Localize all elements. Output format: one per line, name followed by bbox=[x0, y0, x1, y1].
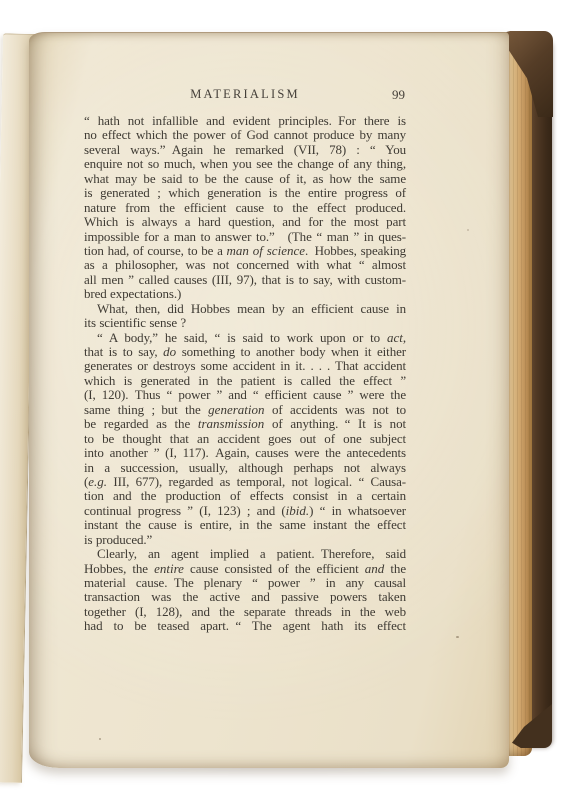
text-segment: enquire not so much, when you see the ch… bbox=[84, 156, 406, 171]
text-segment: no effect which the power of God cannot … bbox=[84, 127, 406, 142]
text-line: as a philosopher, was not concerned with… bbox=[84, 258, 406, 272]
text-segment: Hobbes, the bbox=[84, 561, 154, 576]
italic-text: do bbox=[163, 344, 176, 359]
text-line: what may be said to be the cause of it, … bbox=[84, 172, 406, 186]
page-text-block: MATERIALISM 99 “ hath not infallible and… bbox=[84, 87, 406, 634]
text-segment: , bbox=[403, 330, 406, 345]
text-line: had to be teased apart. “ The agent hath… bbox=[84, 619, 406, 633]
text-line: tion and the production of effects consi… bbox=[84, 489, 406, 503]
text-line: together (I, 128), and the separate thre… bbox=[84, 605, 406, 619]
text-line: What, then, did Hobbes mean by an effici… bbox=[84, 302, 406, 316]
text-segment: bred expectations.) bbox=[84, 286, 181, 301]
text-segment: What, then, did Hobbes mean by an effici… bbox=[97, 301, 406, 316]
text-segment: had to be teased apart. “ The agent hath… bbox=[84, 618, 406, 633]
text-segment: something to another body when it either bbox=[176, 344, 406, 359]
text-segment: continual progress ” (I, 123) ; and ( bbox=[84, 503, 286, 518]
italic-text: transmission bbox=[198, 416, 264, 431]
text-segment: what may be said to be the cause of it, … bbox=[84, 171, 406, 186]
page-text: “ hath not infallible and evident princi… bbox=[84, 114, 406, 634]
text-segment: is generated ; which generation is the e… bbox=[84, 185, 406, 200]
text-segment: “ A body,” he said, “ is said to work up… bbox=[97, 330, 387, 345]
italic-text: entire bbox=[154, 561, 184, 576]
text-segment: into another ” (I, 117). Again, causes w… bbox=[84, 445, 406, 460]
text-segment: several ways.” Again he remarked (VII, 7… bbox=[84, 142, 406, 157]
text-line: transaction was the active and passive p… bbox=[84, 590, 406, 604]
text-segment: tion and the production of effects consi… bbox=[84, 488, 406, 503]
page-number: 99 bbox=[392, 87, 405, 103]
paper-speck bbox=[467, 229, 469, 231]
text-line: same thing ; but the generation of accid… bbox=[84, 403, 406, 417]
text-segment: instant the cause is entire, in the same… bbox=[84, 517, 406, 532]
text-line: (I, 120). Thus “ power ” and “ efficient… bbox=[84, 388, 406, 402]
text-segment: its scientific sense ? bbox=[84, 315, 186, 330]
text-segment: cause consisted of the efficient bbox=[184, 561, 365, 576]
text-line: is generated ; which generation is the e… bbox=[84, 186, 406, 200]
italic-text: e.g. bbox=[88, 474, 107, 489]
text-line: bred expectations.) bbox=[84, 287, 406, 301]
text-segment: together (I, 128), and the separate thre… bbox=[84, 604, 406, 619]
text-line: Which is always a hard question, and for… bbox=[84, 215, 406, 229]
italic-text: act bbox=[387, 330, 403, 345]
text-line: no effect which the power of God cannot … bbox=[84, 128, 406, 142]
text-line: continual progress ” (I, 123) ; and (ibi… bbox=[84, 504, 406, 518]
text-segment: “ hath not infallible and evident princi… bbox=[84, 113, 406, 128]
text-segment: same thing ; but the bbox=[84, 402, 208, 417]
text-segment: transaction was the active and passive p… bbox=[84, 589, 406, 604]
page-header: MATERIALISM 99 bbox=[84, 87, 406, 107]
text-line: several ways.” Again he remarked (VII, 7… bbox=[84, 143, 406, 157]
text-segment: tion had, of course, to be a bbox=[84, 243, 227, 258]
text-line: impossible for a man to answer to.” (The… bbox=[84, 230, 406, 244]
text-segment: that is to say, bbox=[84, 344, 163, 359]
book-photo: MATERIALISM 99 “ hath not infallible and… bbox=[0, 0, 580, 790]
text-line: material cause. The plenary “ power ” in… bbox=[84, 576, 406, 590]
text-line: to be thought that an accident goes out … bbox=[84, 432, 406, 446]
italic-text: generation bbox=[208, 402, 264, 417]
text-line: enquire not so much, when you see the ch… bbox=[84, 157, 406, 171]
text-line: all men ” called causes (III, 97), that … bbox=[84, 273, 406, 287]
text-line: instant the cause is entire, in the same… bbox=[84, 518, 406, 532]
running-title: MATERIALISM bbox=[84, 87, 406, 102]
text-line: be regarded as the transmission of anyth… bbox=[84, 417, 406, 431]
text-segment: III, 677), regarded as temporal, not log… bbox=[107, 474, 406, 489]
text-segment: of anything. “ It is not bbox=[264, 416, 406, 431]
text-segment: is produced.” bbox=[84, 532, 152, 547]
text-segment: to be thought that an accident goes out … bbox=[84, 431, 406, 446]
text-segment: the bbox=[384, 561, 406, 576]
text-segment: all men ” called causes (III, 97), that … bbox=[84, 272, 406, 287]
text-line: (e.g. III, 677), regarded as temporal, n… bbox=[84, 475, 406, 489]
text-line: is produced.” bbox=[84, 533, 406, 547]
text-segment: as a philosopher, was not concerned with… bbox=[84, 257, 406, 272]
text-segment: Which is always a hard question, and for… bbox=[84, 214, 406, 229]
text-segment: (I, 120). Thus “ power ” and “ efficient… bbox=[84, 387, 406, 402]
paper-speck bbox=[99, 738, 101, 740]
text-segment: be regarded as the bbox=[84, 416, 198, 431]
text-line: tion had, of course, to be a man of scie… bbox=[84, 244, 406, 258]
italic-text: man of science bbox=[227, 243, 305, 258]
italic-text: and bbox=[365, 561, 385, 576]
text-line: in a succession, usually, although perha… bbox=[84, 461, 406, 475]
text-segment: which is generated in the patient is cal… bbox=[84, 373, 406, 388]
text-line: “ A body,” he said, “ is said to work up… bbox=[84, 331, 406, 345]
italic-text: ibid. bbox=[286, 503, 309, 518]
text-segment: Clearly, an agent implied a patient. The… bbox=[97, 546, 406, 561]
text-line: its scientific sense ? bbox=[84, 316, 406, 330]
text-line: into another ” (I, 117). Again, causes w… bbox=[84, 446, 406, 460]
text-segment: . Hobbes, speaking bbox=[305, 243, 406, 258]
page-fore-edge bbox=[505, 42, 532, 756]
text-line: “ hath not infallible and evident princi… bbox=[84, 114, 406, 128]
text-segment: of accidents was not to bbox=[265, 402, 407, 417]
text-segment: ) “ in whatsoever bbox=[309, 503, 406, 518]
text-line: generates or destroys some accident in i… bbox=[84, 359, 406, 373]
text-line: that is to say, do something to another … bbox=[84, 345, 406, 359]
text-segment: in a succession, usually, although perha… bbox=[84, 460, 406, 475]
text-line: nature from the efficient cause to the e… bbox=[84, 201, 406, 215]
text-line: which is generated in the patient is cal… bbox=[84, 374, 406, 388]
text-segment: material cause. The plenary “ power ” in… bbox=[84, 575, 406, 590]
book-page: MATERIALISM 99 “ hath not infallible and… bbox=[29, 32, 509, 768]
text-segment: impossible for a man to answer to.” (The… bbox=[84, 229, 406, 244]
text-line: Clearly, an agent implied a patient. The… bbox=[84, 547, 406, 561]
paper-speck bbox=[456, 636, 459, 638]
text-segment: generates or destroys some accident in i… bbox=[84, 358, 406, 373]
text-line: Hobbes, the entire cause consisted of th… bbox=[84, 562, 406, 576]
text-segment: nature from the efficient cause to the e… bbox=[84, 200, 406, 215]
